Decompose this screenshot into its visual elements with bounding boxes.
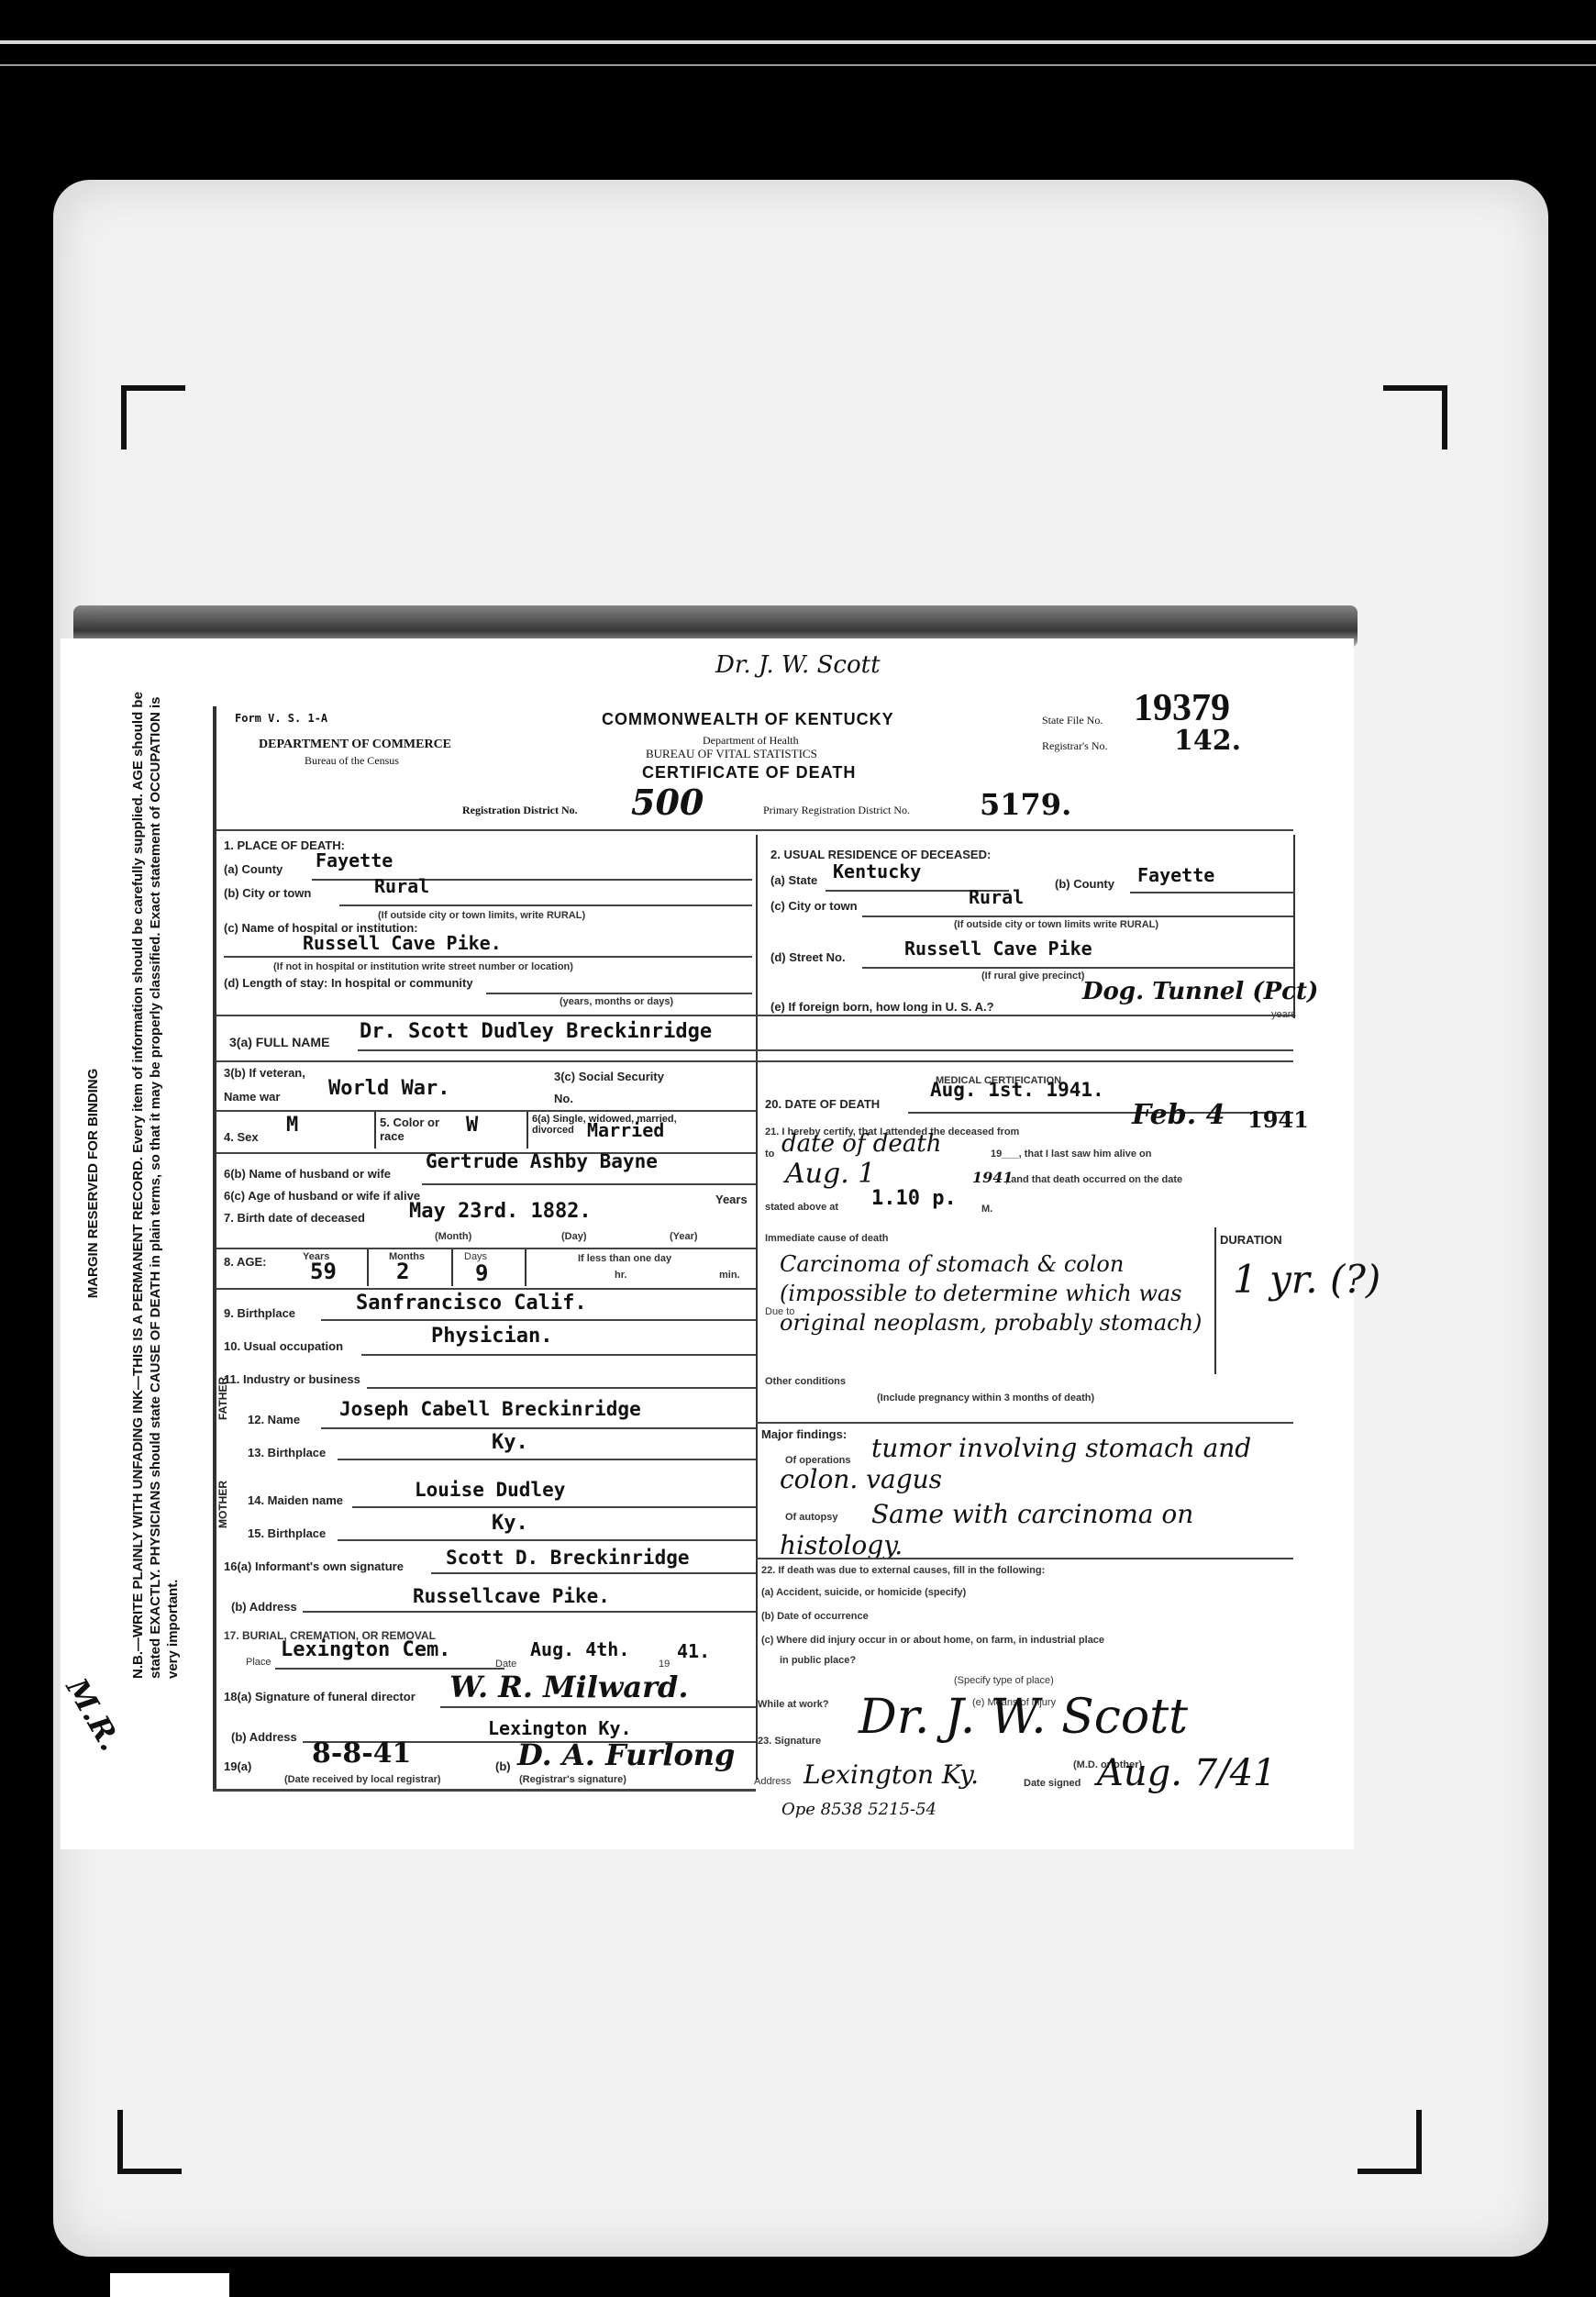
label: 11. Industry or business — [224, 1372, 360, 1386]
death-certificate — [61, 638, 1354, 1849]
marital-value: Married — [587, 1119, 664, 1141]
state-file-number: 19379 — [1134, 686, 1230, 730]
field-line — [352, 1506, 756, 1508]
divider — [374, 1112, 376, 1148]
label: 9. Birthplace — [224, 1306, 295, 1320]
field-line — [862, 915, 1293, 917]
label: Date signed — [1024, 1778, 1081, 1789]
birth-date-value: May 23rd. 1882. — [409, 1200, 592, 1223]
label: (b) County — [1055, 877, 1114, 891]
death-time-value: 1.10 p. — [871, 1187, 957, 1210]
physician-signature: Dr. J. W. Scott — [859, 1690, 1188, 1745]
label: Due to — [765, 1306, 794, 1317]
spouse-value: Gertrude Ashby Bayne — [426, 1150, 658, 1172]
label: 13. Birthplace — [248, 1446, 326, 1459]
divider — [525, 1249, 526, 1286]
duration-divider — [1214, 1227, 1216, 1374]
residence-city-value: Rural — [969, 886, 1024, 908]
registrar-number: 142. — [1174, 725, 1241, 757]
residence-street-value: Russell Cave Pike — [904, 938, 1092, 960]
top-annotation: Dr. J. W. Scott — [715, 651, 881, 679]
crop-mark-icon — [1358, 2110, 1422, 2174]
duration-value: 1 yr. (?) — [1233, 1257, 1380, 1302]
father-name-value: Joseph Cabell Breckinridge — [339, 1398, 641, 1420]
date-signed-value: Aug. 7/41 — [1097, 1752, 1277, 1794]
mother-side-label: MOTHER — [216, 1481, 229, 1528]
label: 10. Usual occupation — [224, 1339, 343, 1353]
label: min. — [719, 1270, 740, 1281]
label: If less than one day — [578, 1253, 671, 1264]
label: 22. If death was due to external causes,… — [761, 1565, 1045, 1576]
divider — [451, 1249, 453, 1286]
received-date-value: 8-8-41 — [312, 1737, 411, 1770]
operations-findings-value: tumor involving stomach and colon. vagus — [780, 1433, 1293, 1495]
age-years-value: 59 — [310, 1259, 337, 1284]
crop-mark-icon — [1383, 385, 1447, 449]
sex-value: M — [286, 1114, 298, 1137]
field-line — [908, 1112, 1293, 1114]
field-line — [361, 1354, 756, 1356]
divider — [526, 1112, 528, 1148]
crop-mark-icon — [121, 385, 185, 449]
file-notation: Ope 8538 5215-54 — [781, 1800, 937, 1819]
label: 6(c) Age of husband or wife if alive — [224, 1189, 420, 1203]
burial-place-value: Lexington Cem. — [281, 1638, 450, 1661]
bureau-vital: BUREAU OF VITAL STATISTICS — [646, 747, 817, 761]
dept-health: Department of Health — [703, 734, 799, 748]
age-months-value: 2 — [396, 1259, 409, 1284]
primary-district-label: Primary Registration District No. — [763, 804, 910, 817]
label: 15. Birthplace — [248, 1526, 326, 1540]
physician-address: Lexington Ky. — [804, 1759, 979, 1790]
field-line — [321, 1319, 756, 1321]
state-file-label: State File No. — [1042, 714, 1103, 727]
note: (Day) — [561, 1231, 587, 1242]
funeral-director-address: Lexington Ky. — [488, 1717, 632, 1739]
scan-line — [0, 40, 1596, 44]
field-line — [367, 1387, 756, 1389]
label: Years — [715, 1193, 748, 1206]
burial-date-value: Aug. 4th. — [530, 1638, 629, 1660]
title-commonwealth: COMMONWEALTH OF KENTUCKY — [602, 710, 894, 729]
divider — [756, 1060, 1293, 1062]
scan-line — [0, 64, 1596, 66]
reg-district-label: Registration District No. — [462, 804, 578, 817]
label: (b) City or town — [224, 886, 311, 900]
autopsy-findings-value: Same with carcinoma on histology. — [780, 1499, 1293, 1561]
informant-address-value: Russellcave Pike. — [413, 1585, 610, 1607]
label: (c) City or town — [770, 899, 858, 913]
note: (Month) — [435, 1231, 471, 1242]
binding-note: MARGIN RESERVED FOR BINDING — [84, 688, 102, 1679]
form-number: Form V. S. 1-A — [235, 712, 327, 725]
label: (d) Length of stay: In hospital or commu… — [224, 976, 473, 990]
field-line — [338, 1459, 756, 1460]
label: (b) Date of occurrence — [761, 1611, 869, 1622]
label: 3(a) FULL NAME — [229, 1035, 329, 1049]
field-line — [358, 1049, 1293, 1051]
attended-from-year: 1941 — [1247, 1106, 1309, 1133]
label: 19(a) — [224, 1759, 251, 1773]
label: , and that death occurred on the date — [1005, 1174, 1182, 1185]
informant-signature-value: Scott D. Breckinridge — [446, 1547, 690, 1569]
label: (a) County — [224, 862, 283, 876]
scan-label-strip — [110, 2273, 229, 2297]
label: stated above at — [765, 1202, 838, 1213]
field-line — [1130, 892, 1295, 893]
war-value: World War. — [328, 1077, 449, 1100]
label: 3(c) Social Security — [554, 1070, 664, 1083]
field-line — [303, 1611, 756, 1613]
father-side-label: FATHER — [216, 1377, 229, 1420]
label: Other conditions — [765, 1376, 846, 1387]
burial-year-value: 41. — [677, 1640, 710, 1662]
last-saw-value: Aug. 1 — [785, 1158, 875, 1190]
field-line — [486, 993, 752, 994]
note: (Year) — [670, 1231, 698, 1242]
label: (b) — [495, 1759, 511, 1773]
label: 19___, that I last saw him alive on — [991, 1148, 1151, 1160]
color-value: W — [466, 1114, 478, 1137]
field-line — [338, 1539, 756, 1541]
death-county-value: Fayette — [316, 849, 393, 871]
label: 14. Maiden name — [248, 1493, 343, 1507]
divider — [216, 1248, 756, 1249]
label: While at work? — [758, 1699, 829, 1710]
divider — [756, 1558, 1293, 1559]
note: (If outside city or town limits write RU… — [954, 919, 1158, 930]
divider — [216, 1015, 1293, 1016]
registrar-signature: D. A. Furlong — [517, 1737, 735, 1772]
label: 18(a) Signature of funeral director — [224, 1690, 416, 1703]
note: (If not in hospital or institution write… — [273, 961, 573, 972]
residence-state-value: Kentucky — [833, 860, 921, 882]
occupation-value: Physician. — [431, 1325, 552, 1348]
divider — [216, 1110, 756, 1112]
label: 4. Sex — [224, 1130, 259, 1144]
label: Name war — [224, 1090, 280, 1104]
full-name-value: Dr. Scott Dudley Breckinridge — [360, 1020, 712, 1043]
note: (If outside city or town limits, write R… — [378, 910, 585, 921]
duration-label: DURATION — [1220, 1233, 1282, 1247]
label: in public place? — [780, 1655, 856, 1666]
mother-name-value: Louise Dudley — [415, 1479, 565, 1501]
column-divider — [756, 835, 758, 1780]
field-line — [339, 904, 752, 906]
label: No. — [554, 1092, 573, 1105]
residence-county-value: Fayette — [1137, 864, 1214, 886]
margin-instructions: MARGIN RESERVED FOR BINDING N.B.—WRITE P… — [84, 688, 182, 1679]
mother-birthplace-value: Ky. — [492, 1512, 528, 1535]
attended-from-value: Feb. 4 — [1132, 1099, 1225, 1131]
label: 12. Name — [248, 1413, 300, 1426]
divider — [216, 829, 1293, 831]
field-line — [431, 1572, 756, 1574]
birthplace-value: Sanfrancisco Calif. — [356, 1292, 587, 1315]
label: 19 — [659, 1659, 670, 1670]
attended-to-value: date of death — [781, 1130, 942, 1158]
label: (d) Street No. — [770, 950, 846, 964]
divider — [756, 1422, 1293, 1424]
age-days-value: 9 — [475, 1260, 488, 1286]
label: 6(b) Name of husband or wife — [224, 1167, 391, 1181]
registrar-label: Registrar's No. — [1042, 739, 1107, 753]
label: M. — [981, 1204, 992, 1215]
label: 8. AGE: — [224, 1255, 266, 1269]
label: (a) State — [770, 873, 817, 887]
label: Address — [754, 1776, 791, 1787]
field-line — [440, 1706, 756, 1708]
label: Immediate cause of death — [765, 1233, 889, 1244]
reg-district-number: 500 — [631, 782, 704, 823]
death-date-value: Aug. 1st. 1941. — [930, 1079, 1104, 1101]
label: 16(a) Informant's own signature — [224, 1559, 404, 1573]
note: (Registrar's signature) — [519, 1774, 626, 1785]
cause-of-death-value: Carcinoma of stomach & colon (impossible… — [780, 1249, 1211, 1337]
note: (Date received by local registrar) — [284, 1774, 441, 1785]
label: to — [765, 1148, 774, 1160]
certificate-title: CERTIFICATE OF DEATH — [642, 763, 856, 782]
field-line — [422, 1183, 756, 1185]
note: (If rural give precinct) — [981, 971, 1084, 982]
field-line — [224, 956, 752, 958]
label: (b) Address — [231, 1730, 297, 1744]
divider — [216, 1288, 756, 1290]
dept-commerce: DEPARTMENT OF COMMERCE — [259, 738, 451, 752]
label: (b) Address — [231, 1600, 297, 1614]
divider — [367, 1249, 369, 1286]
label: (c) Where did injury occur in or about h… — [761, 1635, 1104, 1646]
note: (years, months or days) — [560, 996, 673, 1007]
label: 23. Signature — [758, 1736, 821, 1747]
label: 20. DATE OF DEATH — [765, 1097, 880, 1111]
father-birthplace-value: Ky. — [492, 1431, 528, 1454]
label: Date — [495, 1659, 516, 1670]
residence-precinct-value: Dog. Tunnel (Pct) — [1082, 978, 1318, 1005]
label: (e) If foreign born, how long in U. S. A… — [770, 1000, 994, 1014]
field-line — [862, 967, 1293, 969]
death-hospital-value: Russell Cave Pike. — [303, 932, 502, 954]
label: 7. Birth date of deceased — [224, 1211, 365, 1225]
label: 3(b) If veteran, — [224, 1066, 305, 1080]
label: Place — [246, 1657, 272, 1668]
label: (a) Accident, suicide, or homicide (spec… — [761, 1587, 966, 1598]
note: (Specify type of place) — [954, 1675, 1054, 1686]
death-city-value: Rural — [374, 875, 429, 897]
label: hr. — [615, 1270, 626, 1281]
note: (Include pregnancy within 3 months of de… — [877, 1393, 1094, 1404]
bureau-census: Bureau of the Census — [305, 754, 399, 768]
primary-district-number: 5179. — [980, 787, 1071, 822]
label: 5. Color or race — [380, 1115, 462, 1143]
funeral-director-signature: W. R. Milward. — [449, 1670, 689, 1704]
form-border — [213, 1789, 756, 1792]
field-line — [321, 1427, 756, 1429]
residence-heading: 2. USUAL RESIDENCE OF DECEASED: — [770, 848, 991, 861]
crop-mark-icon — [117, 2110, 182, 2174]
instructions-text: N.B.—WRITE PLAINLY WITH UNFADING INK—THI… — [129, 688, 182, 1679]
